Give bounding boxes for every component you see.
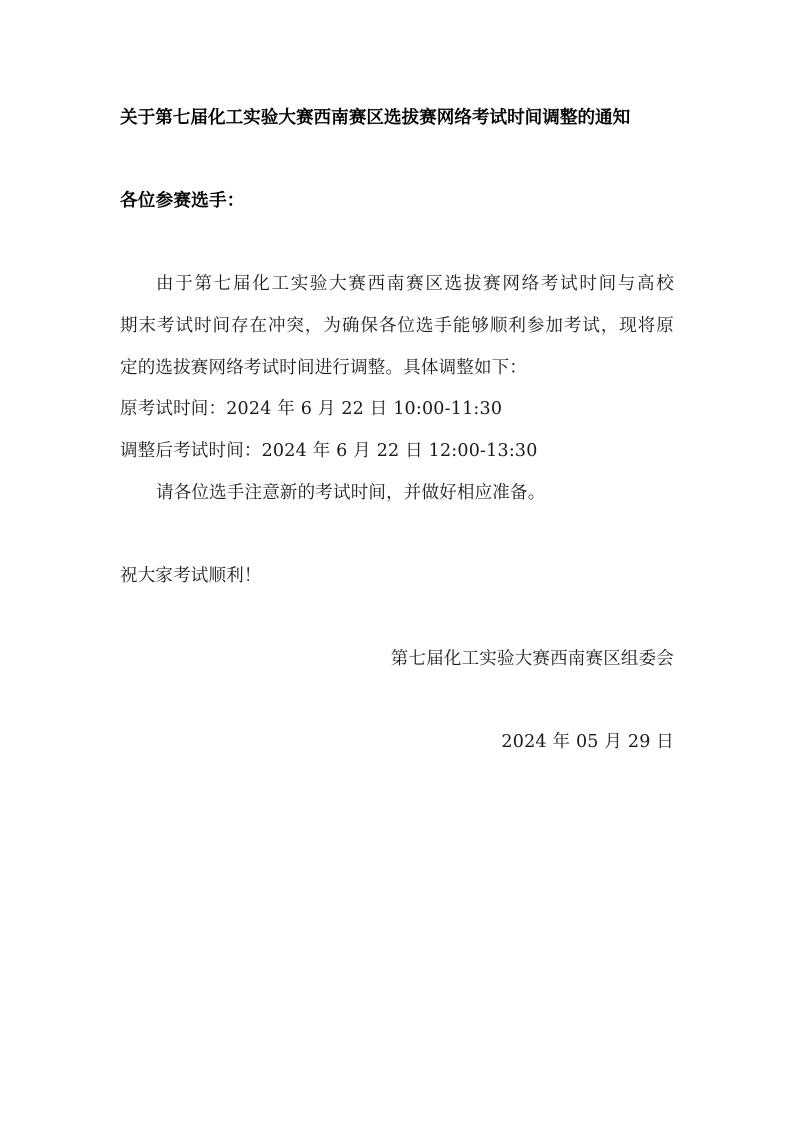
- paragraph-line-2: 期末考试时间存在冲突，为确保各位选手能够顺利参加考试，现将原: [120, 314, 674, 338]
- adjusted-exam-time: 调整后考试时间：2024 年 6 月 22 日 12:00-13:30: [120, 439, 674, 463]
- closing-wish: 祝大家考试顺利！: [120, 564, 674, 588]
- signature-organization: 第七届化工实验大赛西南赛区组委会: [120, 647, 674, 671]
- paragraph-line-1: 由于第七届化工实验大赛西南赛区选拔赛网络考试时间与高校: [120, 272, 674, 296]
- reminder-text: 请各位选手注意新的考试时间，并做好相应准备。: [120, 481, 674, 505]
- document-page: 关于第七届化工实验大赛西南赛区选拔赛网络考试时间调整的通知 各位参赛选手： 由于…: [0, 0, 794, 1123]
- paragraph-line-3: 定的选拔赛网络考试时间进行调整。具体调整如下：: [120, 356, 674, 380]
- signature-date: 2024 年 05 月 29 日: [120, 730, 674, 754]
- greeting: 各位参赛选手：: [120, 189, 674, 213]
- original-exam-time: 原考试时间：2024 年 6 月 22 日 10:00-11:30: [120, 397, 674, 421]
- notice-title: 关于第七届化工实验大赛西南赛区选拔赛网络考试时间调整的通知: [120, 106, 674, 130]
